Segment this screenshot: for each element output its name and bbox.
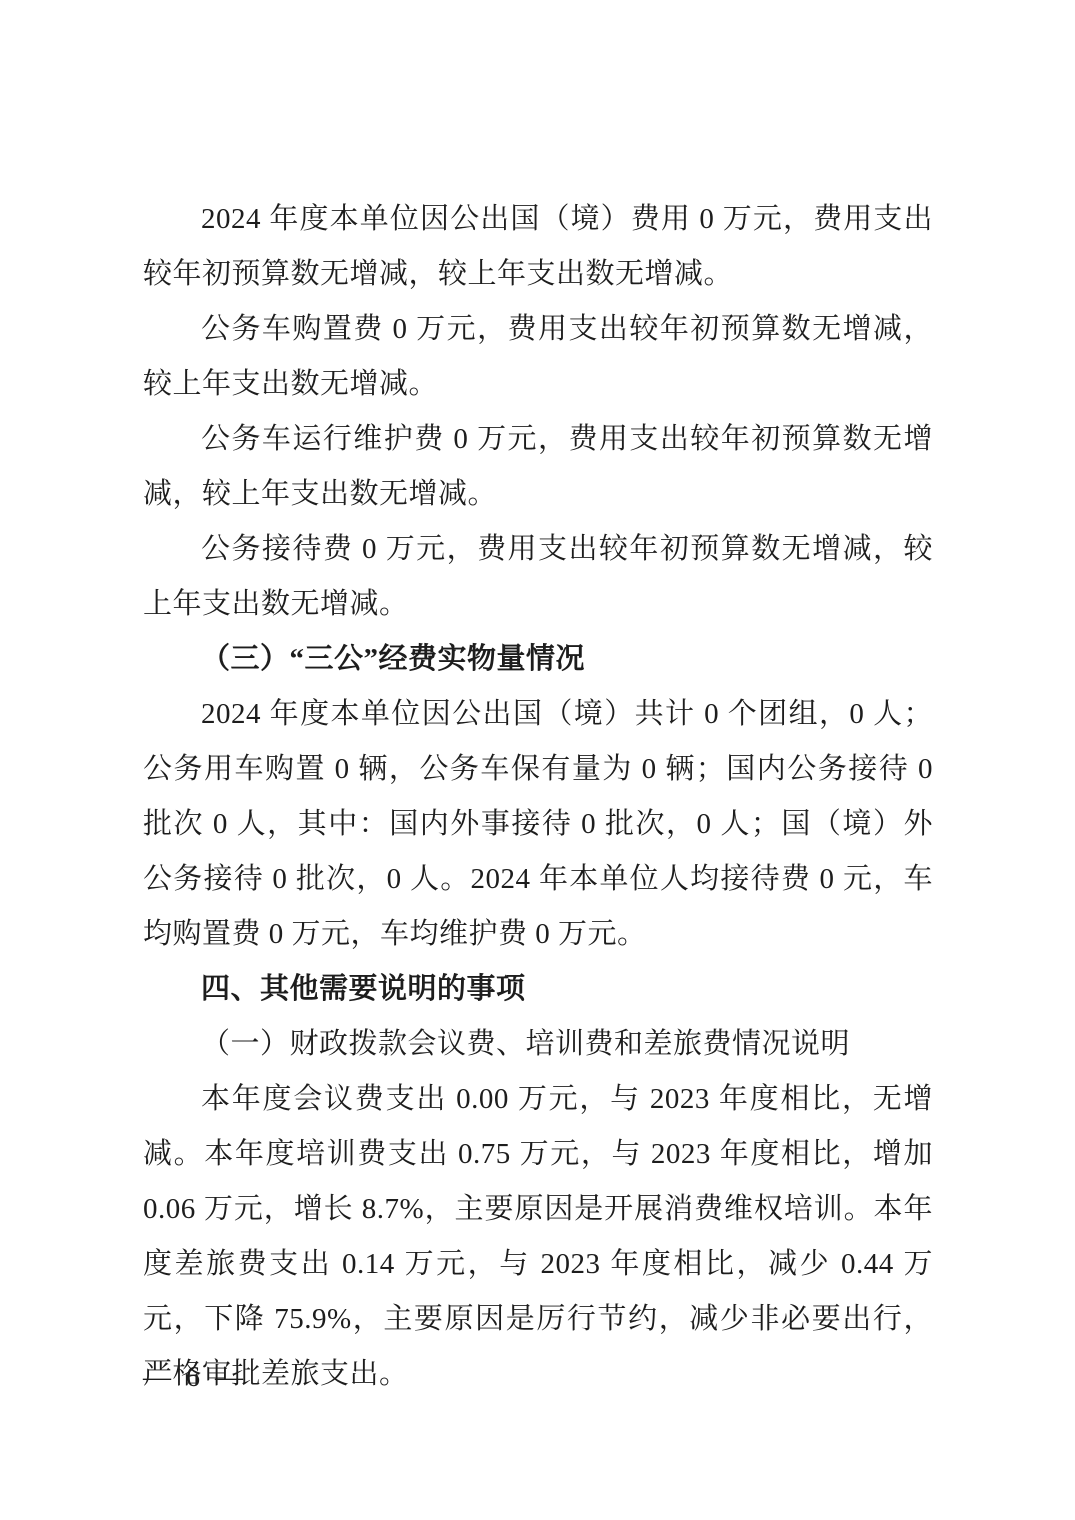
paragraph-overseas-travel-cost: 2024 年度本单位因公出国（境）费用 0 万元，费用支出较年初预算数无增减，较… <box>143 192 933 302</box>
document-content: 2024 年度本单位因公出国（境）费用 0 万元，费用支出较年初预算数无增减，较… <box>143 192 933 1402</box>
page-number: — 6 — <box>143 1358 247 1398</box>
paragraph-expense-quantity-details: 2024 年度本单位因公出国（境）共计 0 个团组，0 人；公务用车购置 0 辆… <box>143 687 933 962</box>
paragraph-fee-comparison-details: 本年度会议费支出 0.00 万元，与 2023 年度相比，无增减。本年度培训费支… <box>143 1072 933 1402</box>
paragraph-official-reception-cost: 公务接待费 0 万元，费用支出较年初预算数无增减，较上年支出数无增减。 <box>143 522 933 632</box>
subsection-heading-meeting-training-travel-fees: （一）财政拨款会议费、培训费和差旅费情况说明 <box>143 1017 933 1072</box>
document-page: 2024 年度本单位因公出国（境）费用 0 万元，费用支出较年初预算数无增减，较… <box>0 0 1075 1520</box>
section-heading-three-public-expense-quantities: （三）“三公”经费实物量情况 <box>143 632 933 687</box>
paragraph-vehicle-maintenance-cost: 公务车运行维护费 0 万元，费用支出较年初预算数无增减，较上年支出数无增减。 <box>143 412 933 522</box>
paragraph-vehicle-purchase-cost: 公务车购置费 0 万元，费用支出较年初预算数无增减，较上年支出数无增减。 <box>143 302 933 412</box>
section-heading-other-matters: 四、其他需要说明的事项 <box>143 962 933 1017</box>
